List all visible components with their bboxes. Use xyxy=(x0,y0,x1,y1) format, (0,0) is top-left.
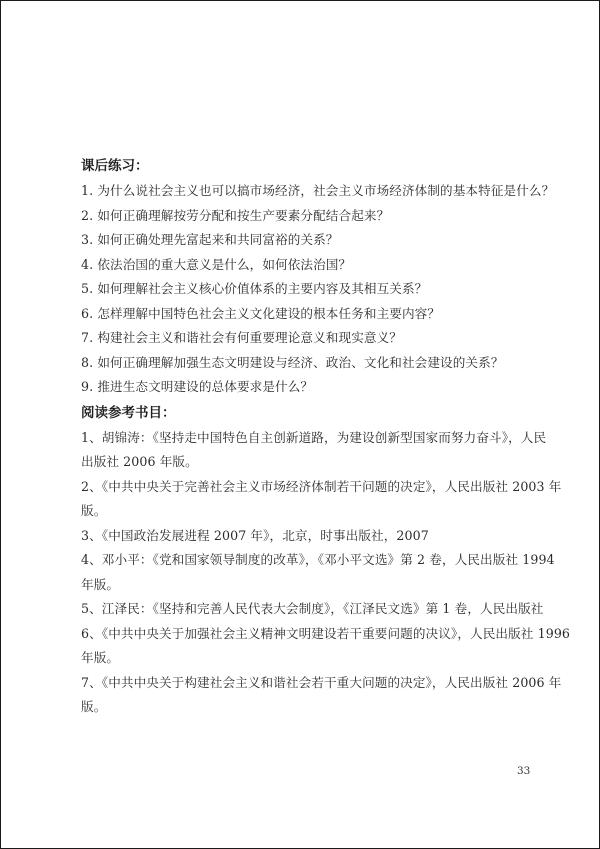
reference-line: 5、江泽民：《坚持和完善人民代表大会制度》，《江泽民文选》第 1 卷，人民出版社 xyxy=(81,597,551,622)
reference-line: 版。 xyxy=(81,499,551,524)
exercise-item: 5. 如何理解社会主义核心价值体系的主要内容及其相互关系？ xyxy=(81,277,551,302)
exercise-item: 3. 如何正确处理先富起来和共同富裕的关系？ xyxy=(81,228,551,253)
exercises-heading: 课后练习： xyxy=(81,153,551,179)
exercise-item: 1. 为什么说社会主义也可以搞市场经济，社会主义市场经济体制的基本特征是什么？ xyxy=(81,179,551,204)
exercise-item: 7. 构建社会主义和谐社会有何重要理论意义和现实意义？ xyxy=(81,326,551,351)
page-number: 33 xyxy=(517,765,530,777)
page-content: 课后练习： 1. 为什么说社会主义也可以搞市场经济，社会主义市场经济体制的基本特… xyxy=(81,153,551,720)
reference-line: 年版。 xyxy=(81,646,551,671)
reference-line: 1、胡锦涛：《坚持走中国特色自主创新道路，为建设创新型国家而努力奋斗》，人民 xyxy=(81,426,551,451)
document-page: 课后练习： 1. 为什么说社会主义也可以搞市场经济，社会主义市场经济体制的基本特… xyxy=(0,0,600,849)
reference-line: 出版社 2006 年版。 xyxy=(81,450,551,475)
reading-list-heading: 阅读参考书目： xyxy=(81,400,551,426)
reference-line: 4、邓小平：《党和国家领导制度的改革》，《邓小平文选》第 2 卷，人民出版社 1… xyxy=(81,548,551,573)
reference-line: 3、《中国政治发展进程 2007 年》，北京，时事出版社，2007 xyxy=(81,524,551,549)
reference-line: 7、《中共中央关于构建社会主义和谐社会若干重大问题的决定》，人民出版社 2006… xyxy=(81,671,551,696)
reference-line: 2、《中共中央关于完善社会主义市场经济体制若干问题的决定》，人民出版社 2003… xyxy=(81,475,551,500)
reference-line: 年版。 xyxy=(81,573,551,598)
exercises-list: 1. 为什么说社会主义也可以搞市场经济，社会主义市场经济体制的基本特征是什么？ … xyxy=(81,179,551,400)
reading-list: 1、胡锦涛：《坚持走中国特色自主创新道路，为建设创新型国家而努力奋斗》，人民 出… xyxy=(81,426,551,720)
exercise-item: 2. 如何正确理解按劳分配和按生产要素分配结合起来？ xyxy=(81,204,551,229)
reference-line: 6、《中共中央关于加强社会主义精神文明建设若干重要问题的决议》，人民出版社 19… xyxy=(81,622,551,647)
exercise-item: 4. 依法治国的重大意义是什么，如何依法治国？ xyxy=(81,253,551,278)
reference-line: 版。 xyxy=(81,695,551,720)
exercise-item: 6. 怎样理解中国特色社会主义文化建设的根本任务和主要内容？ xyxy=(81,302,551,327)
exercise-item: 8. 如何正确理解加强生态文明建设与经济、政治、文化和社会建设的关系？ xyxy=(81,351,551,376)
exercise-item: 9. 推进生态文明建设的总体要求是什么？ xyxy=(81,375,551,400)
